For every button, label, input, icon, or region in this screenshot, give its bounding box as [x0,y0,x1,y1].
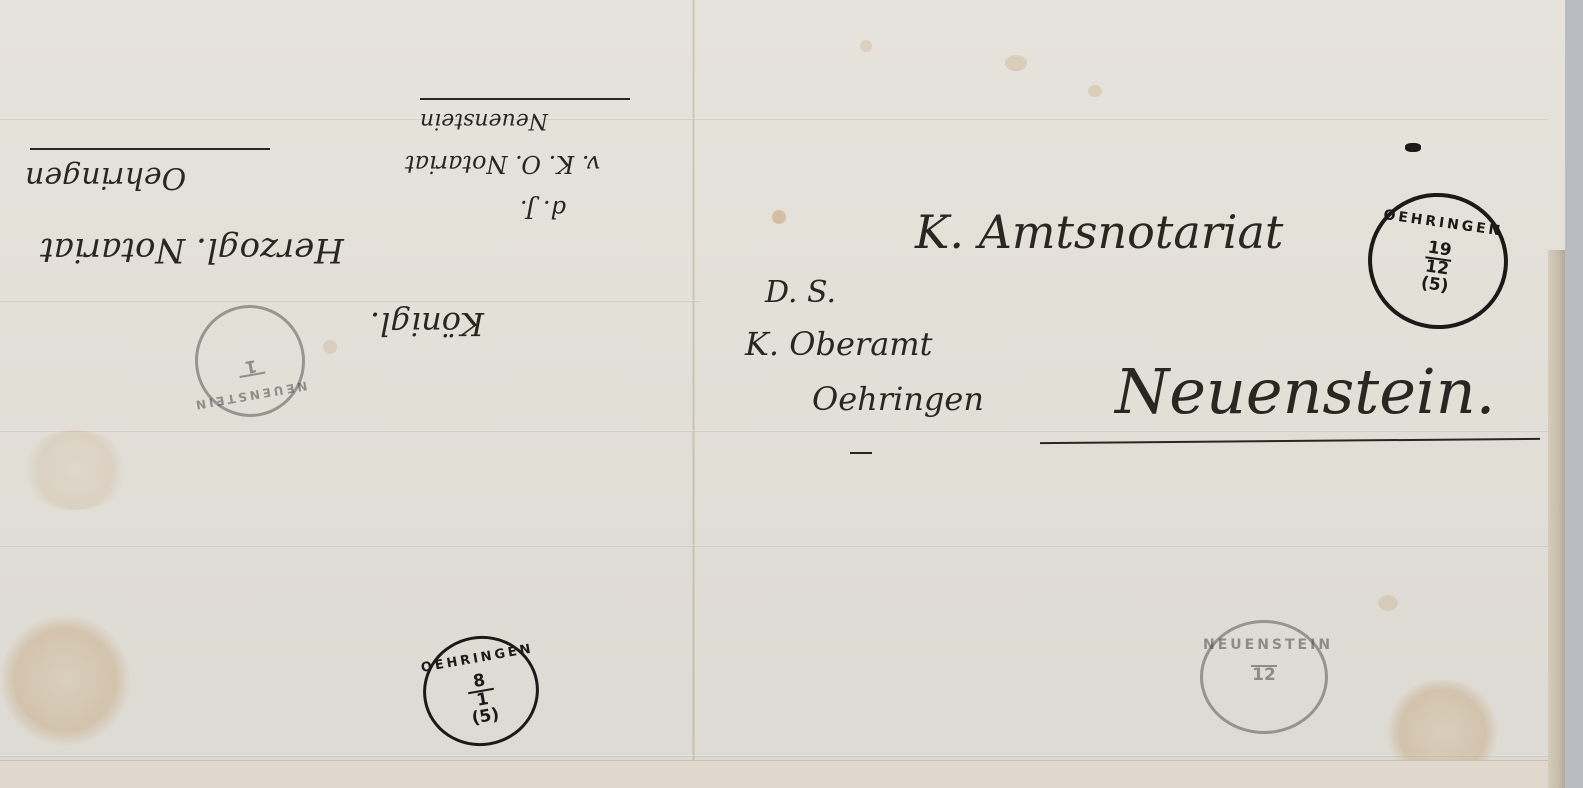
paper-bottom-edge [0,760,1548,788]
inverted-note-left-2: Herzogl. Notariat [40,230,344,270]
postmark-month: 12 [1251,665,1277,684]
inverted-note-mid-2: v. K. O. Notariat [405,150,600,178]
foxing-spot [860,40,872,52]
dash-mark [850,452,872,454]
paper-right-edge [1548,250,1565,788]
inverted-rule [420,98,630,100]
sender-line-1: D. S. [765,275,836,310]
postmark-neuenstein-back: NEUENSTEIN 1 [186,296,314,425]
sender-line-3: Oehringen [812,380,984,418]
inverted-rule [30,148,270,150]
postmark-town: NEUENSTEIN [1203,637,1325,653]
foxing-spot [323,340,337,354]
ink-blot [1405,143,1421,152]
destination-underline [1040,438,1540,444]
inverted-note-mid-1: Neuenstein [420,108,548,133]
postmark-oehringen-front: OEHRINGEN 19 12 (5) [1359,184,1517,338]
foxing-spot [1005,55,1027,71]
postmark-oehringen-back: OEHRINGEN 8 1 (5) [414,627,547,755]
horizontal-fold [0,755,1548,757]
horizontal-fold [0,545,1548,547]
horizontal-fold [0,430,1548,432]
water-stain [0,615,130,745]
sender-line-2: K. Oberamt [745,325,932,363]
address-destination: Neuenstein. [1115,355,1495,428]
postmark-neuenstein-faint: NEUENSTEIN 12 [1200,620,1328,734]
inverted-note-mid-4: Königl. [370,305,484,343]
foxing-spot [772,210,786,224]
inverted-note-mid-3: d. J. [520,195,566,223]
letter-sheet: K. Amtsnotariat D. S. K. Oberamt Oehring… [0,0,1565,788]
foxing-spot [1088,85,1102,97]
foxing-spot [1378,595,1398,611]
postmark-town: NEUENSTEIN [203,379,308,411]
water-stain [20,430,130,510]
inverted-note-left-1: Oehringen [25,160,186,195]
address-line-recipient: K. Amtsnotariat [915,205,1283,259]
horizontal-fold [0,118,1548,120]
horizontal-fold [0,300,700,302]
postmark-month: 1 [237,355,266,378]
